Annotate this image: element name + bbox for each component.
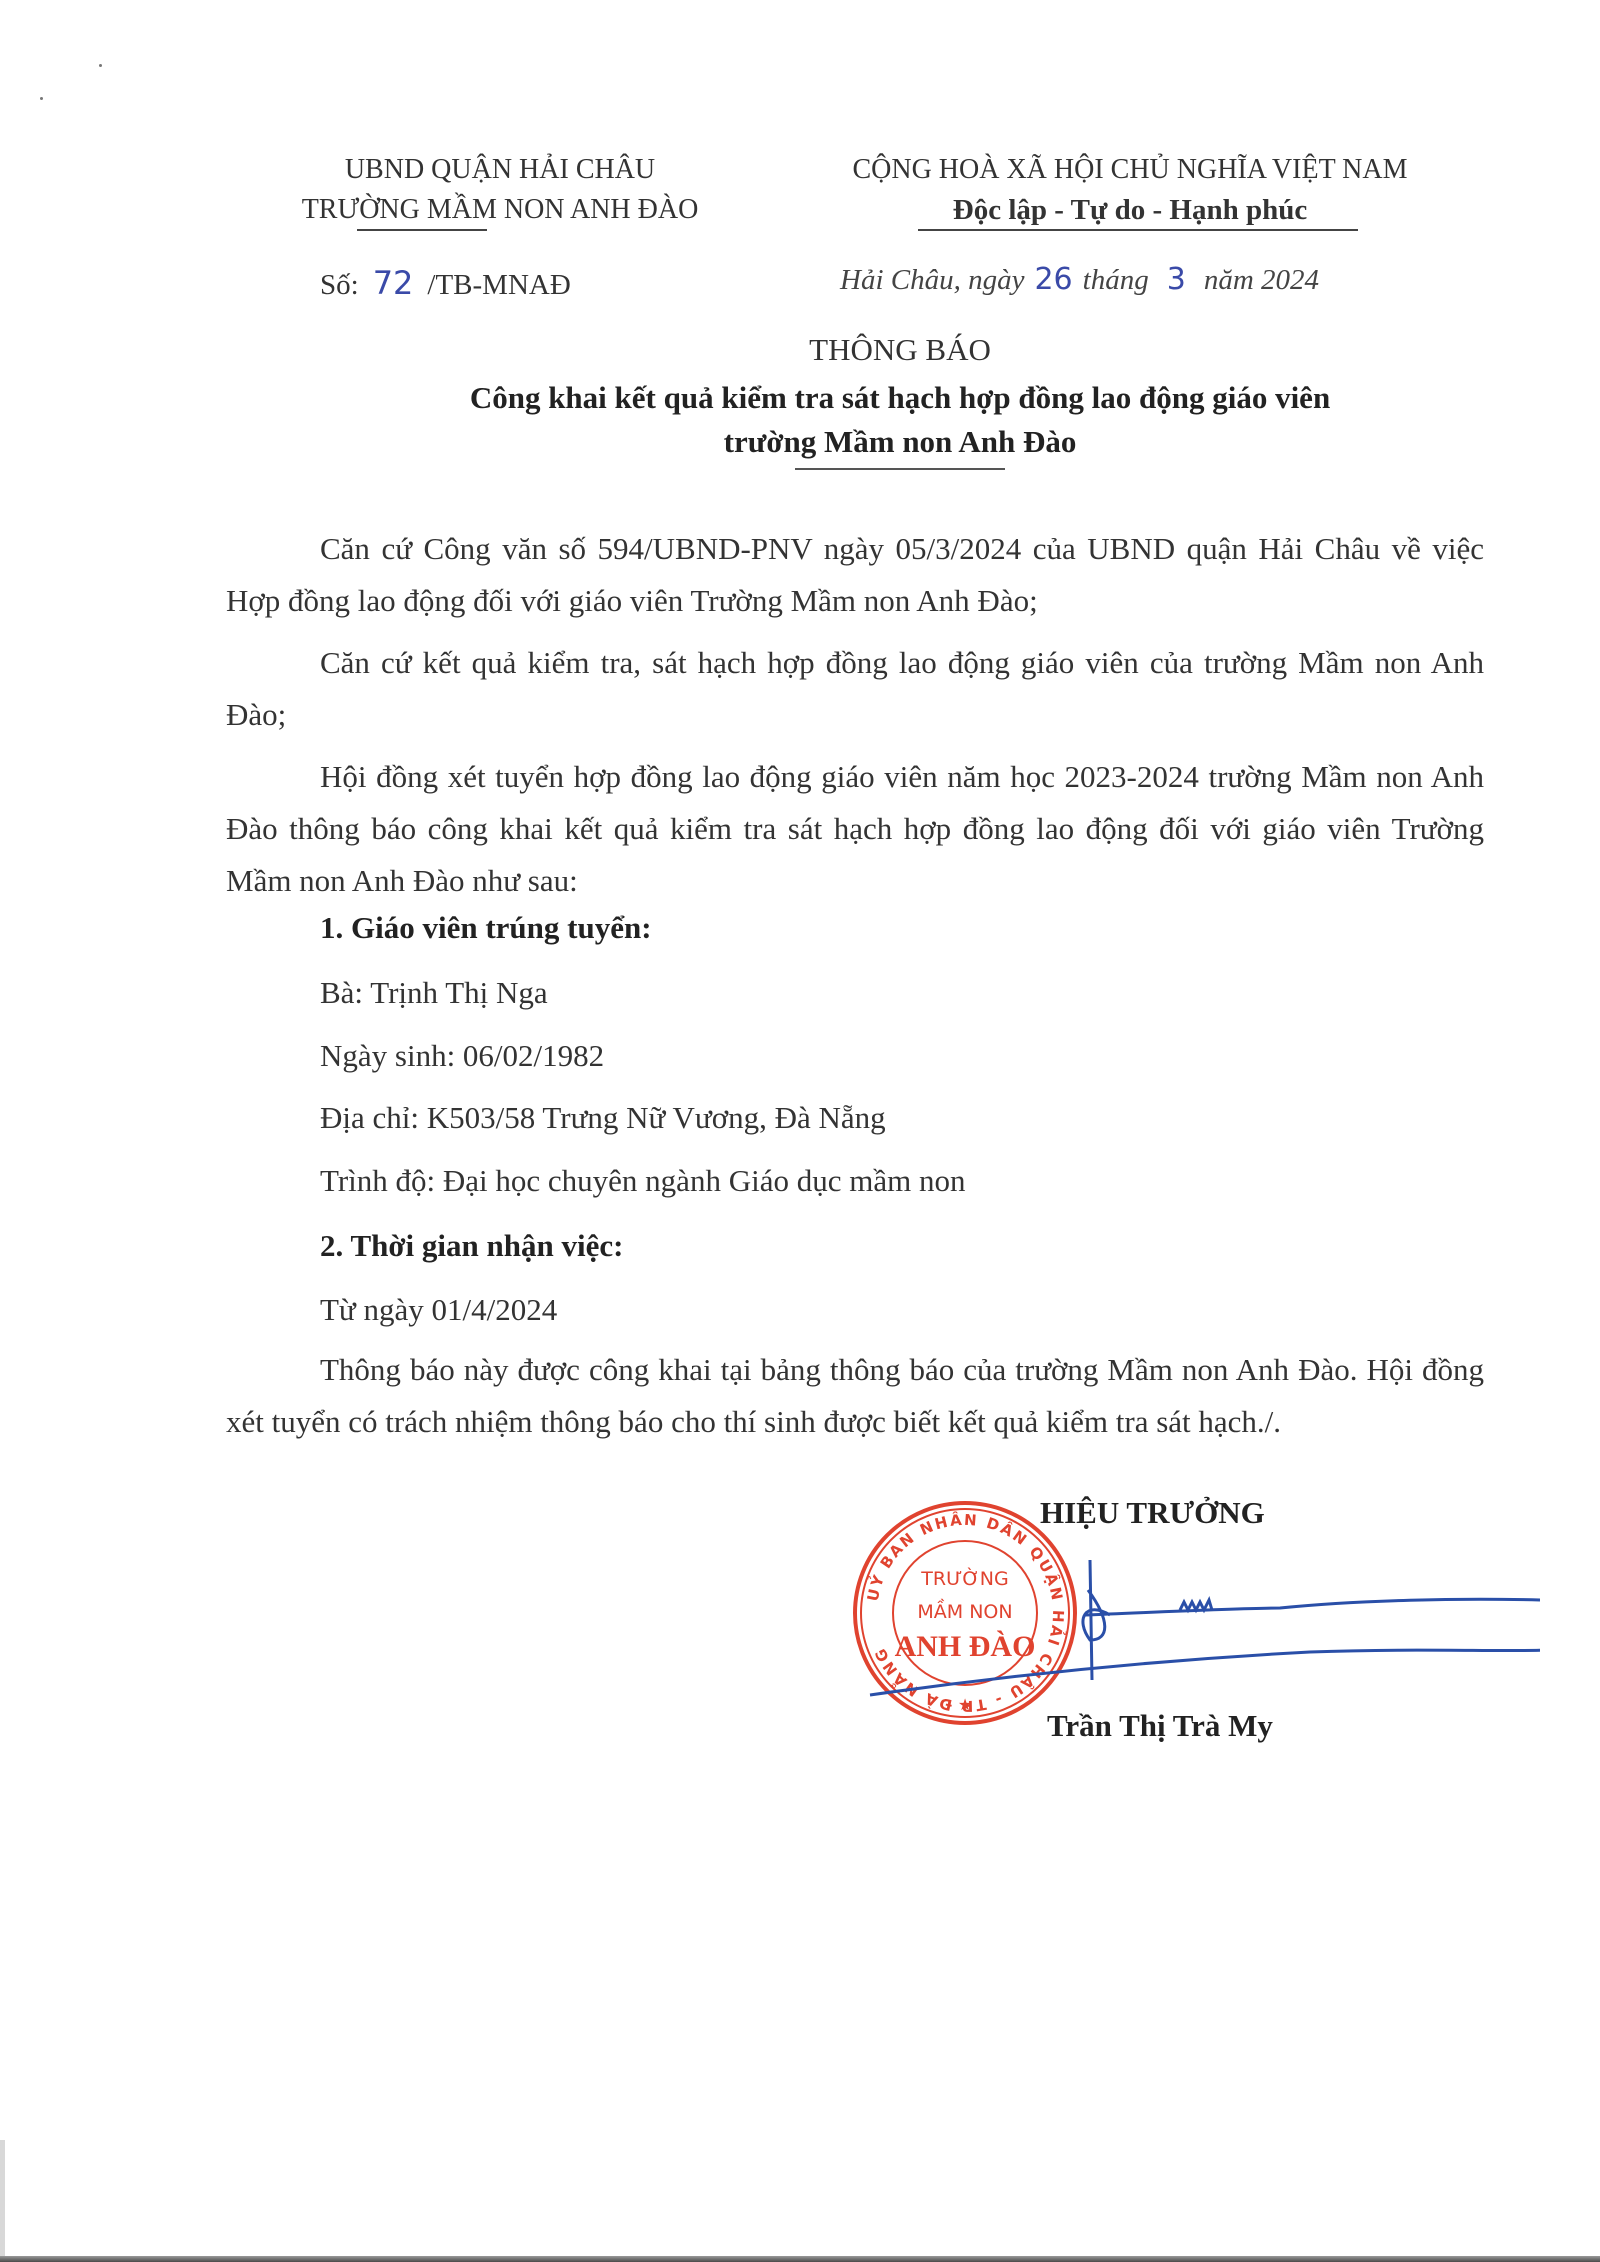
subtitle-line-1: Công khai kết quả kiểm tra sát hạch hợp … — [300, 376, 1500, 420]
month-label: tháng — [1083, 264, 1149, 296]
section-2-heading: 2. Thời gian nhận việc: — [320, 1228, 623, 1264]
candidate-address: Địa chỉ: K503/58 Trưng Nữ Vương, Đà Nẵng — [320, 1100, 886, 1136]
section-1-heading: 1. Giáo viên trúng tuyển: — [320, 910, 652, 946]
school-name: TRƯỜNG MẦM NON ANH ĐÀO — [200, 190, 800, 230]
header-right-underline — [918, 229, 1358, 231]
candidate-birthdate: Ngày sinh: 06/02/1982 — [320, 1038, 604, 1074]
paragraph-legal-basis-1: Căn cứ Công văn số 594/UBND-PNV ngày 05/… — [226, 523, 1484, 627]
national-motto: Độc lập - Tự do - Hạnh phúc — [780, 190, 1480, 230]
paragraph-legal-basis-2: Căn cứ kết quả kiểm tra, sát hạch hợp đồ… — [226, 637, 1484, 741]
candidate-education: Trình độ: Đại học chuyên ngành Giáo dục … — [320, 1163, 965, 1199]
start-date: Từ ngày 01/4/2024 — [320, 1292, 557, 1328]
paragraph-announcement: Hội đồng xét tuyển hợp đồng lao động giá… — [226, 751, 1484, 907]
date-place: Hải Châu, ngày — [840, 264, 1024, 296]
document-subtitle: Công khai kết quả kiểm tra sát hạch hợp … — [300, 376, 1500, 464]
scan-edge-bottom — [0, 2256, 1600, 2262]
number-suffix: /TB-MNAĐ — [427, 269, 570, 301]
document-date: Hải Châu, ngày26tháng3năm 2024 — [840, 262, 1319, 297]
date-year: năm 2024 — [1204, 264, 1319, 296]
scan-edge-left — [0, 2140, 5, 2262]
candidate-name: Bà: Trịnh Thị Nga — [320, 975, 548, 1011]
subtitle-underline — [795, 468, 1005, 470]
closing-paragraph: Thông báo này được công khai tại bảng th… — [226, 1344, 1484, 1448]
document-number: Số:72/TB-MNAĐ — [320, 264, 571, 302]
scan-speck — [99, 64, 102, 67]
signer-title: HIỆU TRƯỞNG — [1040, 1495, 1265, 1531]
handwritten-number: 72 — [373, 264, 414, 302]
body-paragraphs: Căn cứ Công văn số 594/UBND-PNV ngày 05/… — [226, 523, 1484, 907]
subtitle-line-2: trường Mầm non Anh Đào — [300, 420, 1500, 464]
header-right: CỘNG HOÀ XÃ HỘI CHỦ NGHĨA VIỆT NAM Độc l… — [780, 150, 1480, 230]
header-left: UBND QUẬN HẢI CHÂU TRƯỜNG MẦM NON ANH ĐÀ… — [200, 150, 800, 230]
handwritten-signature — [860, 1560, 1540, 1710]
document-page: UBND QUẬN HẢI CHÂU TRƯỜNG MẦM NON ANH ĐÀ… — [0, 0, 1600, 2262]
scan-speck — [40, 97, 43, 100]
closing-paragraph-block: Thông báo này được công khai tại bảng th… — [226, 1344, 1484, 1448]
document-title: THÔNG BÁO — [300, 332, 1500, 368]
handwritten-month: 3 — [1167, 262, 1186, 297]
nation-name: CỘNG HOÀ XÃ HỘI CHỦ NGHĨA VIỆT NAM — [780, 150, 1480, 190]
signer-name: Trần Thị Trà My — [1047, 1708, 1273, 1744]
header-left-underline — [357, 229, 487, 231]
handwritten-day: 26 — [1034, 262, 1072, 297]
authority-name: UBND QUẬN HẢI CHÂU — [200, 150, 800, 190]
number-label: Số: — [320, 269, 359, 301]
